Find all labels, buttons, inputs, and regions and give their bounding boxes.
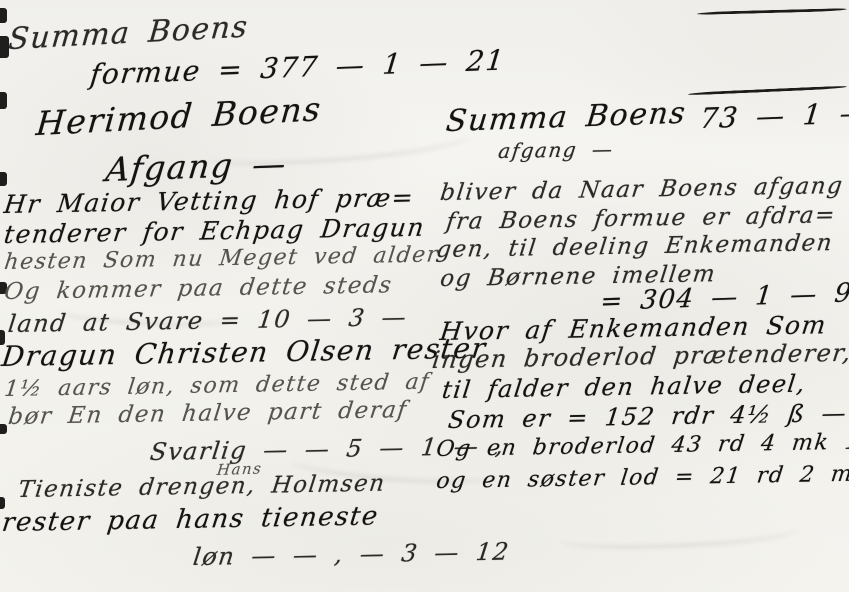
summa-boens-heading: Summa Boens [7, 9, 250, 57]
pen-stroke [688, 86, 847, 96]
bleedthrough-mark [560, 516, 801, 551]
handwritten-line: rester paa hans tieneste [0, 501, 380, 538]
pen-stroke [697, 8, 847, 15]
amount-line: løn — — , — 3 — 12 [192, 537, 512, 571]
handwritten-line: Tieniste drengen, Holmsen [17, 471, 387, 503]
amount-line: og en søster lod = 21 rd 2 mk 21 5/7 ß [435, 459, 849, 494]
handwritten-line: til falder den halve deel, [441, 370, 808, 404]
afgang-total-amount: 73 — 1 — 12 [699, 94, 849, 135]
amount-line: land at Svare = 10 — 3 — [7, 303, 409, 338]
handwritten-line: ingen broderlod prætenderer, [431, 339, 849, 374]
manuscript-page: Summa Boens formue = 377 — 1 — 21 Herimo… [0, 0, 849, 592]
page-edge-mark [0, 172, 7, 186]
handwritten-line: Dragun Christen Olsen rester [0, 332, 489, 374]
handwritten-line: Og kommer paa dette steds [3, 272, 394, 305]
handwritten-line: gen, til deeling Enkemanden [435, 230, 835, 263]
amount-line: Som er = 152 rdr 4½ ß — [447, 399, 849, 434]
afgang-subheading: afgang — [497, 137, 615, 163]
formue-total-line: formue = 377 — 1 — 21 [89, 44, 507, 92]
handwritten-line: bliver da Naar Boens afgang [439, 173, 845, 206]
herimod-boens-heading: Herimod Boens [35, 89, 324, 143]
afgang-heading: Afgang — [104, 144, 289, 189]
handwritten-line: bør En den halve part deraf [7, 397, 409, 430]
page-edge-mark [0, 92, 7, 109]
summa-afgang-heading: Summa Boens [444, 96, 688, 140]
page-edge-mark [0, 8, 7, 23]
